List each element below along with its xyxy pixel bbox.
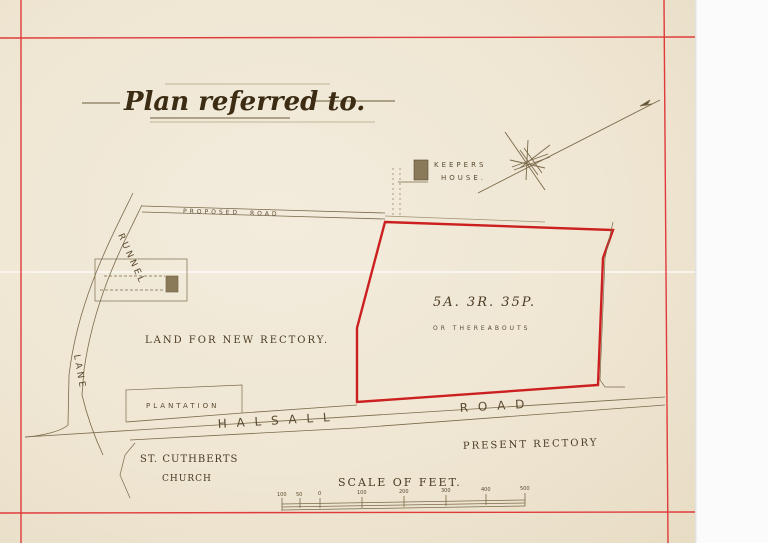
keepers-label-1: KEEPERS xyxy=(434,161,486,169)
scale-tick: 50 xyxy=(296,492,302,498)
scale-tick: 0 xyxy=(318,491,321,497)
page-title: Plan referred to. xyxy=(123,87,365,117)
title-block: Plan referred to. xyxy=(82,84,395,122)
scale-tick: 100 xyxy=(277,492,287,498)
scale-tick: 200 xyxy=(399,489,409,495)
st-cuthberts-label: ST. CUTHBERTS xyxy=(140,454,238,465)
scale-tick: 300 xyxy=(441,488,451,494)
plantation-label: PLANTATION xyxy=(146,402,219,410)
plan-drawing: Plan referred to. KEEPERS HOUSE. PROPOSE… xyxy=(0,0,768,543)
halsall-road xyxy=(25,397,665,440)
parcel-area-label: 5A. 3R. 35P. xyxy=(433,295,536,310)
keepers-label-2: HOUSE. xyxy=(441,174,486,182)
scale-tick: 500 xyxy=(520,486,530,492)
scale-tick: 100 xyxy=(357,490,367,496)
halsall-label: H A L S A L L xyxy=(217,410,333,431)
lane-label: LANE xyxy=(71,354,87,391)
scale-tick: 400 xyxy=(481,487,491,493)
margin-lines xyxy=(0,0,695,543)
road-label-small: ROAD xyxy=(250,210,280,218)
adjacent-boundary xyxy=(600,222,625,387)
keepers-house: KEEPERS HOUSE. xyxy=(393,160,486,215)
church-label: CHURCH xyxy=(162,474,212,484)
proposed-road-label: PROPOSED xyxy=(183,208,240,216)
land-for-new-rectory-label: LAND FOR NEW RECTORY. xyxy=(145,335,329,346)
present-rectory-label: PRESENT RECTORY xyxy=(463,437,599,452)
thereabouts-label: OR THEREABOUTS xyxy=(433,325,530,332)
church-boundary xyxy=(120,443,135,498)
parcel-boundary xyxy=(357,222,613,402)
compass-rose-icon xyxy=(478,100,660,193)
road-label: R O A D xyxy=(459,397,527,415)
